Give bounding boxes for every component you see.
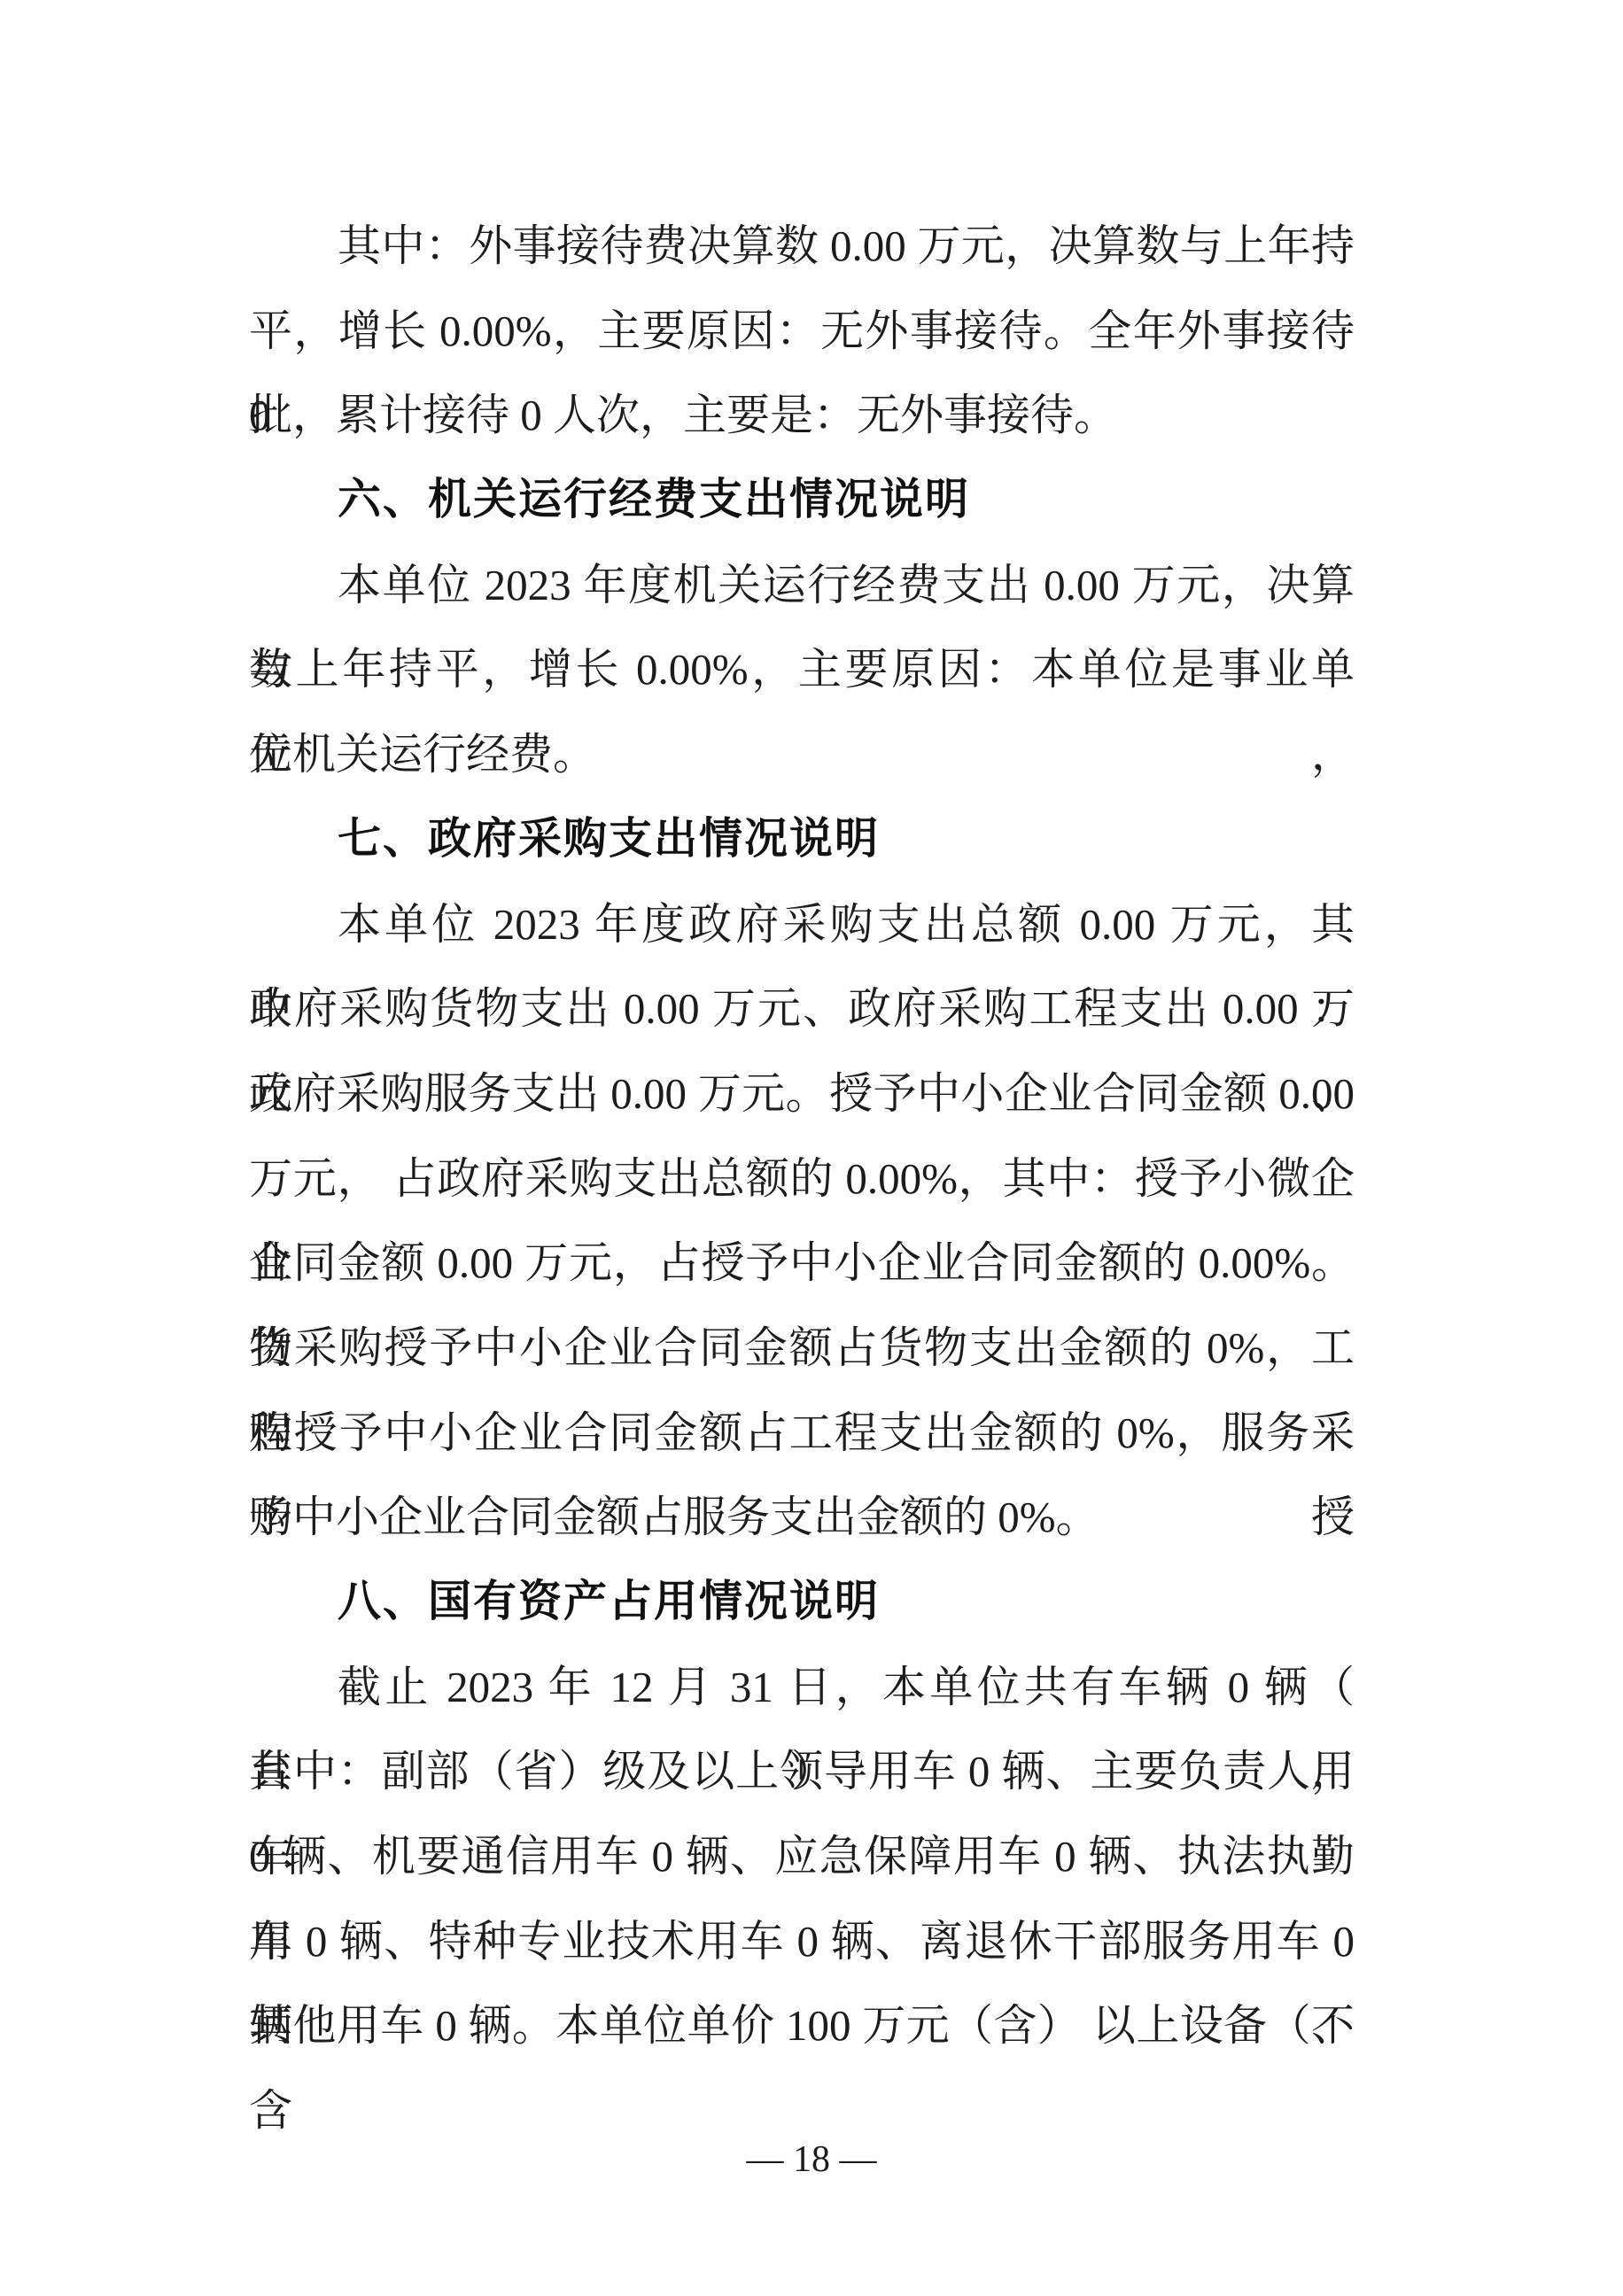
- paragraph-line: 平，增长 0.00%，主要原因：无外事接待。全年外事接待 0: [249, 289, 1355, 374]
- paragraph-line: 0 辆、机要通信用车 0 辆、应急保障用车 0 辆、执法执勤用: [249, 1814, 1355, 1899]
- paragraph-line: 与上年持平，增长 0.00%，主要原因：本单位是事业单位，: [249, 627, 1355, 712]
- paragraph-line: 物采购授予中小企业合同金额占货物支出金额的 0%，工程采: [249, 1306, 1355, 1391]
- paragraph-line: 其中：外事接待费决算数 0.00 万元，决算数与上年持: [249, 204, 1355, 289]
- section-heading: 六、机关运行经费支出情况说明: [249, 458, 1355, 543]
- paragraph-line: 本单位 2023 年度机关运行经费支出 0.00 万元，决算数: [249, 543, 1355, 628]
- paragraph-line: 批，累计接待 0 人次，主要是：无外事接待。: [249, 373, 1355, 458]
- paragraph-line: 购授予中小企业合同金额占工程支出金额的 0%，服务采购授: [249, 1391, 1355, 1476]
- paragraph-line: 车 0 辆、特种专业技术用车 0 辆、离退休干部服务用车 0 辆、: [249, 1899, 1355, 1984]
- section-heading: 八、国有资产占用情况说明: [249, 1560, 1355, 1645]
- paragraph-line: 其中：副部（省）级及以上领导用车 0 辆、主要负责人用车: [249, 1729, 1355, 1814]
- paragraph-line: 政府采购货物支出 0.00 万元、政府采购工程支出 0.00 万元、: [249, 966, 1355, 1051]
- paragraph-line: 万元， 占政府采购支出总额的 0.00%，其中：授予小微企业: [249, 1136, 1355, 1222]
- paragraph-line: 政府采购服务支出 0.00 万元。授予中小企业合同金额 0.00: [249, 1051, 1355, 1136]
- page-number: — 18 —: [0, 2124, 1623, 2195]
- section-heading: 七、政府采购支出情况说明: [249, 797, 1355, 882]
- paragraph-line: 其他用车 0 辆。本单位单价 100 万元（含） 以上设备（不含: [249, 1983, 1355, 2068]
- paragraph-line: 截止 2023 年 12 月 31 日，本单位共有车辆 0 辆（ 台），: [249, 1645, 1355, 1730]
- document-page: 其中：外事接待费决算数 0.00 万元，决算数与上年持平，增长 0.00%，主要…: [0, 0, 1623, 2296]
- paragraph-line: 本单位 2023 年度政府采购支出总额 0.00 万元，其中：: [249, 882, 1355, 967]
- paragraph-line: 合同金额 0.00 万元，占授予中小企业合同金额的 0.00%。货: [249, 1221, 1355, 1306]
- text-block: 其中：外事接待费决算数 0.00 万元，决算数与上年持平，增长 0.00%，主要…: [249, 204, 1355, 2068]
